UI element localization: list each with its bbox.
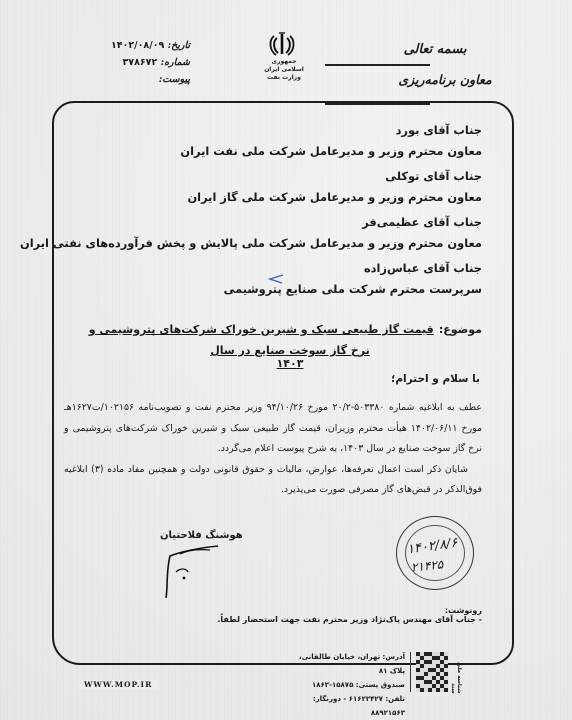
greeting: با سلام و احترام؛ — [391, 373, 480, 385]
subject-line: موضوع: قیمت گاز طبیعی سبک و شیرین خوراک … — [62, 318, 482, 337]
addressee-title: معاون محترم وزیر و مدیرعامل شرکت ملی گاز… — [82, 186, 482, 208]
footer-phone: تلفن: ۶۱۶۲۲۴۲۷ - دورنگار: ۸۸۹۲۱۵۶۳ — [290, 692, 405, 720]
body-paragraph: عطف به ابلاغیه شماره ۵۰۳۳۸۰-۲۰/۲ مورخ ۹۴… — [64, 398, 482, 460]
number-value: ۳۷۸۶۷۲ — [122, 57, 157, 68]
addressee-name: جناب آقای بورد — [82, 120, 482, 140]
addressee: جناب آقای بورد معاون محترم وزیر و مدیرعا… — [82, 120, 482, 162]
qr-caption: شناسه ملی سند — [452, 652, 462, 694]
letter-body: عطف به ابلاغیه شماره ۵۰۳۳۸۰-۲۰/۲ مورخ ۹۴… — [64, 398, 482, 501]
footer-address: آدرس: تهران، خیابان طالقانی، پلاک ۸۱ — [290, 650, 405, 678]
cc-label: رونوشت: — [162, 606, 482, 615]
addressee-title: معاون محترم وزیر و مدیرعامل شرکت ملی نفت… — [82, 140, 482, 162]
carbon-copy: رونوشت: - جناب آقای مهندس پاک‌نژاد وزیر … — [162, 606, 482, 624]
footer-divider — [410, 652, 411, 692]
date-label: تاریخ: — [168, 40, 190, 51]
subject-text-line-2: نرخ گاز سوخت صنایع در سال ۱۴۰۳ — [200, 344, 380, 370]
addressee-title: معاون محترم وزیر و مدیرعامل شرکت ملی پال… — [82, 232, 482, 254]
emblem-caption: جمهوری اسلامی ایران وزارت نفت — [262, 58, 306, 82]
letter-attachment: پیوست: — [80, 74, 190, 85]
qr-code-icon[interactable] — [416, 652, 448, 692]
attachment-label: پیوست: — [159, 74, 190, 85]
subject-label: موضوع: — [439, 323, 482, 336]
number-label: شماره: — [161, 57, 190, 68]
body-paragraph: شایان ذکر است اعمال تعرفه‌ها، عوارض، مال… — [64, 460, 482, 501]
emblem-line-1: جمهوری اسلامی ایران — [262, 58, 306, 74]
check-mark-icon — [268, 274, 284, 284]
iran-emblem-icon — [268, 32, 296, 58]
bismillah-heading: بسمه تعالی — [385, 42, 485, 57]
received-stamp: ۱۴۰۲/۸/۶ ۲۱۴۲۵ — [396, 516, 474, 590]
website-url: WWW.MOP.IR — [78, 680, 158, 689]
footer-po-box: صندوق پستی: ۱۵۸۷۵-۱۸۶۳ — [290, 678, 405, 692]
cc-recipient: - جناب آقای مهندس پاک‌نژاد وزیر محترم نف… — [162, 615, 482, 624]
date-value: ۱۴۰۲/۰۸/۰۹ — [111, 40, 164, 51]
handwritten-signature — [158, 542, 228, 600]
letter-date: تاریخ: ۱۴۰۲/۰۸/۰۹ — [80, 40, 190, 51]
addressee-name: جناب آقای عظیمی‌فر — [82, 212, 482, 232]
footer-contact: آدرس: تهران، خیابان طالقانی، پلاک ۸۱ صند… — [290, 650, 405, 720]
signer-name: هوشنگ فلاحتیان — [160, 530, 243, 541]
emblem-line-2: وزارت نفت — [262, 74, 306, 82]
header-rule — [325, 64, 430, 66]
addressee: جناب آقای عظیمی‌فر معاون محترم وزیر و مد… — [82, 212, 482, 254]
organization-title: معاون برنامه‌ریزی — [385, 72, 505, 87]
addressee-name: جناب آقای توکلی — [82, 166, 482, 186]
addressee: جناب آقای توکلی معاون محترم وزیر و مدیرع… — [82, 166, 482, 208]
subject-text: قیمت گاز طبیعی سبک و شیرین خوراک شرکت‌ها… — [89, 323, 434, 336]
letter-number: شماره: ۳۷۸۶۷۲ — [80, 57, 190, 68]
